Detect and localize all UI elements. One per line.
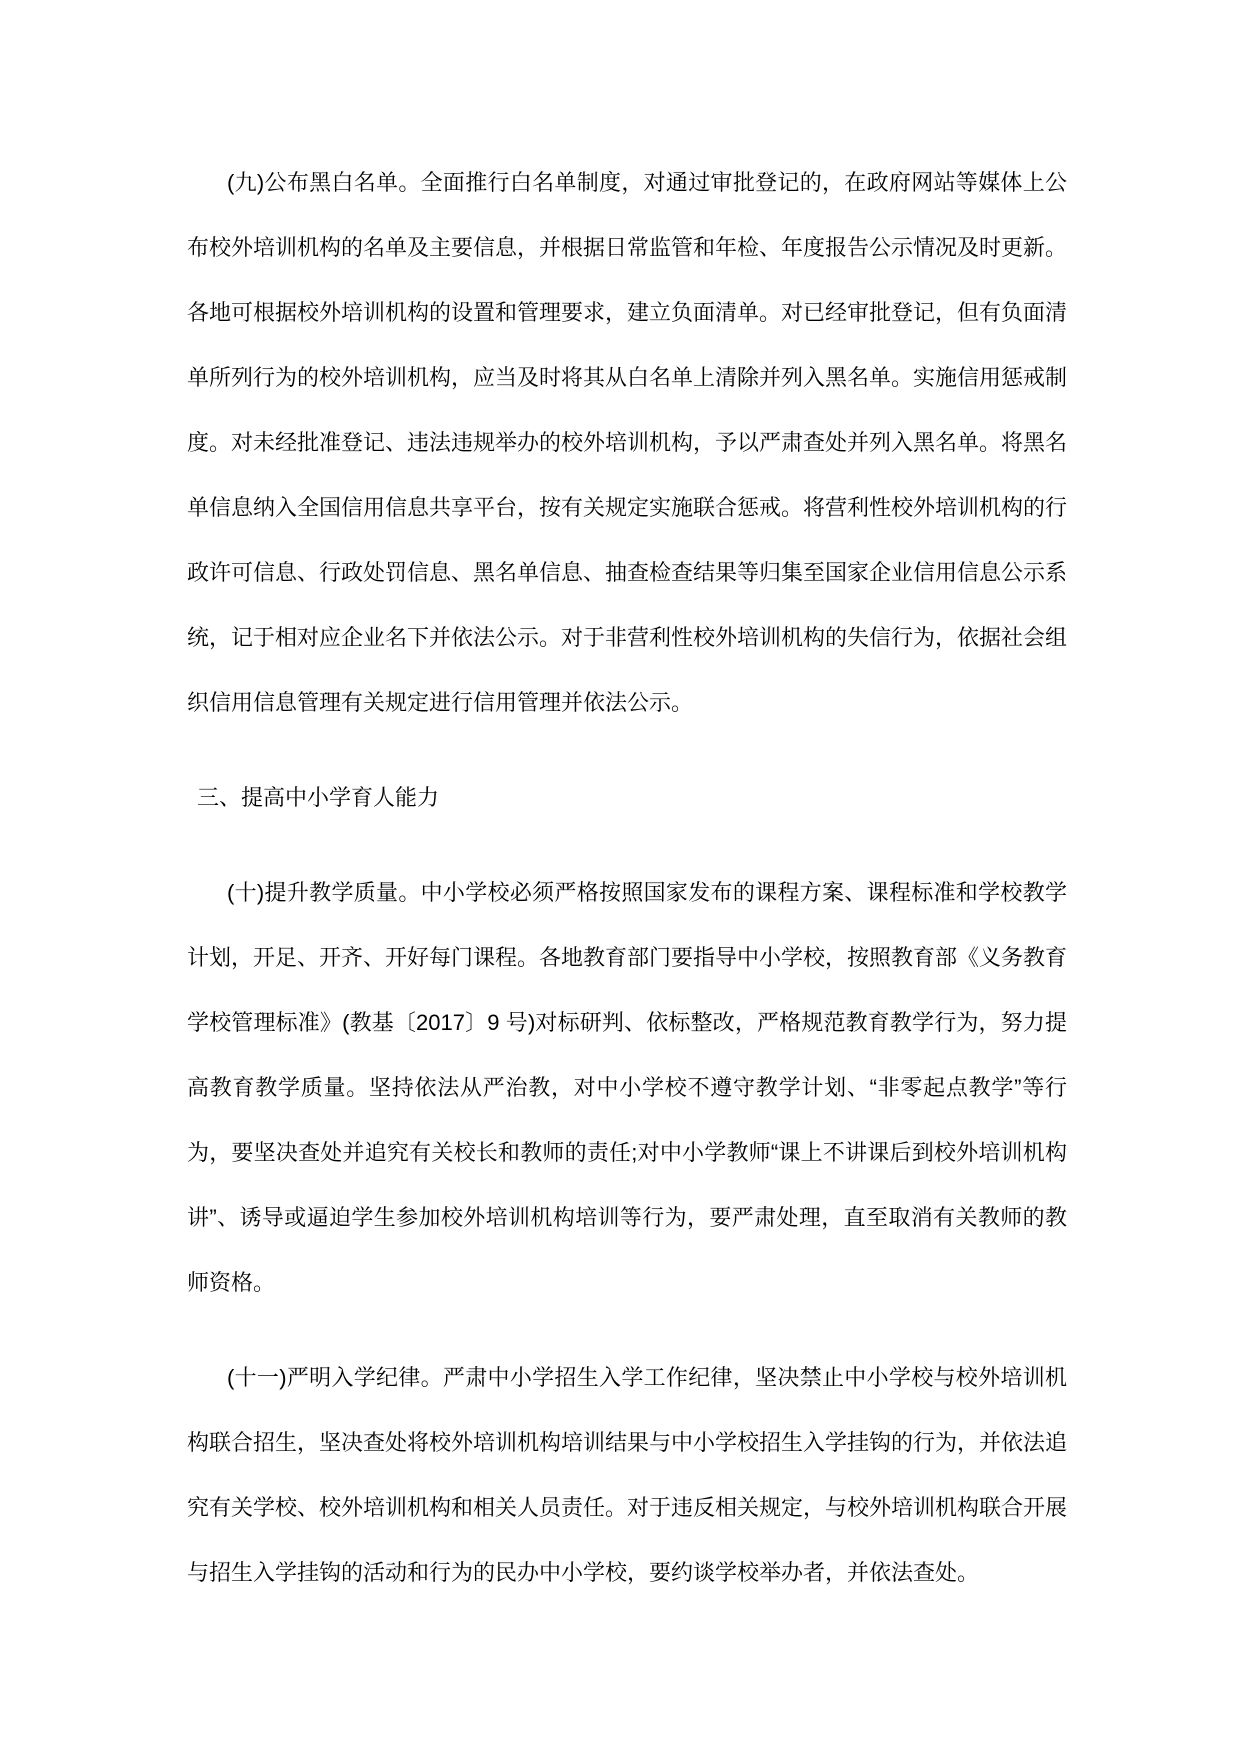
paragraph-item-nine-blacklist-whitelist: (九)公布黑白名单。全面推行白名单制度，对通过审批登记的，在政府网站等媒体上公布… xyxy=(187,150,1067,735)
section-heading-three: 三、提高中小学育人能力 xyxy=(187,765,1067,830)
paragraph-item-eleven-enrollment-discipline: (十一)严明入学纪律。严肃中小学招生入学工作纪律，坚决禁止中小学校与校外培训机构… xyxy=(187,1345,1067,1605)
document-content: (九)公布黑白名单。全面推行白名单制度，对通过审批登记的，在政府网站等媒体上公布… xyxy=(187,150,1067,1635)
document-page: (九)公布黑白名单。全面推行白名单制度，对通过审批登记的，在政府网站等媒体上公布… xyxy=(0,0,1241,1754)
paragraph-item-ten-teaching-quality: (十)提升教学质量。中小学校必须严格按照国家发布的课程方案、课程标准和学校教学计… xyxy=(187,860,1067,1315)
